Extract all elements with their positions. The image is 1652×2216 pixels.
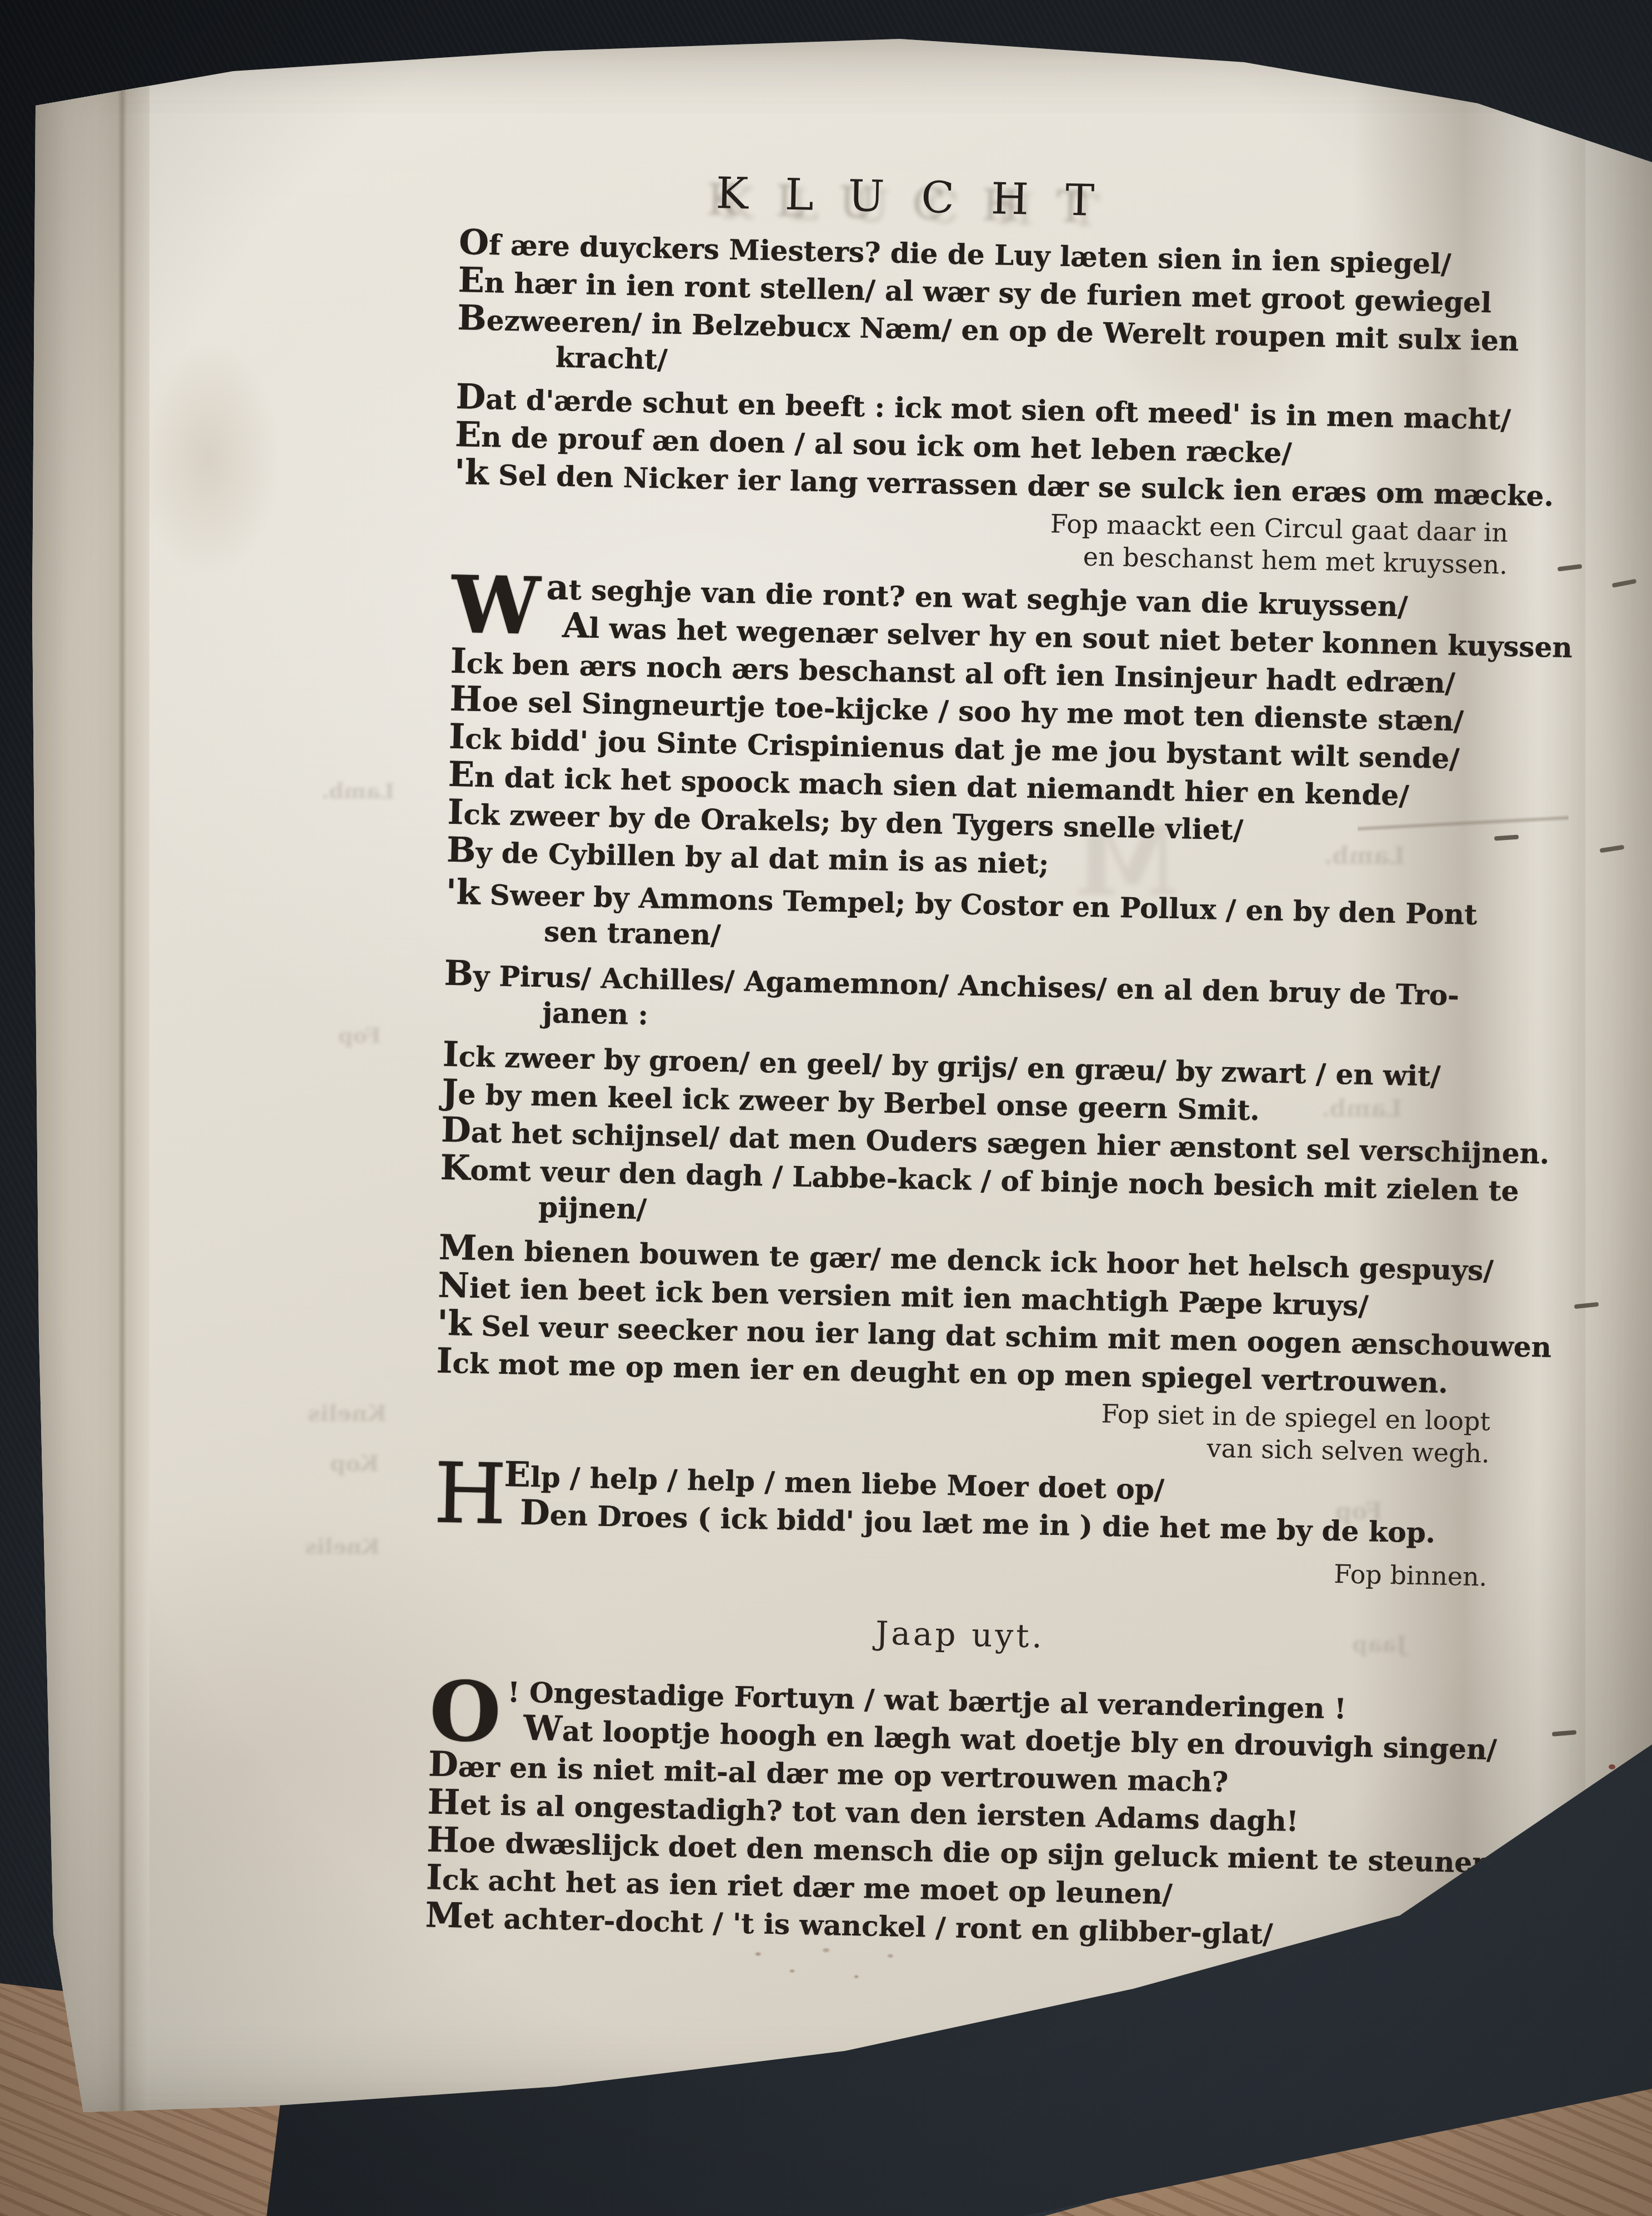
drop-cap-letter: H [433, 1452, 507, 1537]
page-header-title: KLUCHT [394, 162, 1453, 233]
book-page: MLamb.Lamb.FopJaapLamb.FopKnelisKopKneli… [19, 31, 1652, 2142]
page-stack-fore-edge [19, 31, 149, 2142]
text-column: KLUCHT Of ære duyckers Miesters? die de … [424, 163, 1519, 1994]
red-speck [1609, 1764, 1615, 1769]
scene-heading: Jaap uyt. [430, 1604, 1489, 1665]
paper-stain [136, 342, 280, 576]
bleed-through-word: Lamb. [322, 778, 394, 803]
bleed-through-word: Fop [338, 1023, 381, 1048]
sewing-thread [1612, 579, 1637, 588]
photograph-of-open-book: MLamb.Lamb.FopJaapLamb.FopKnelisKopKneli… [0, 0, 1652, 2216]
page-fold-crease [118, 31, 127, 2142]
drop-cap-letter: W [451, 566, 541, 646]
sewing-thread [1600, 845, 1625, 853]
bleed-through-word: Knelis [308, 1400, 387, 1427]
bleed-through-word: Knelis [305, 1534, 380, 1559]
verse-dropcap-block: HElp / help / help / men liebe Moer doet… [433, 1455, 1493, 1552]
bleed-through-word: Kop [330, 1450, 379, 1477]
drop-cap-letter: O [429, 1669, 502, 1753]
